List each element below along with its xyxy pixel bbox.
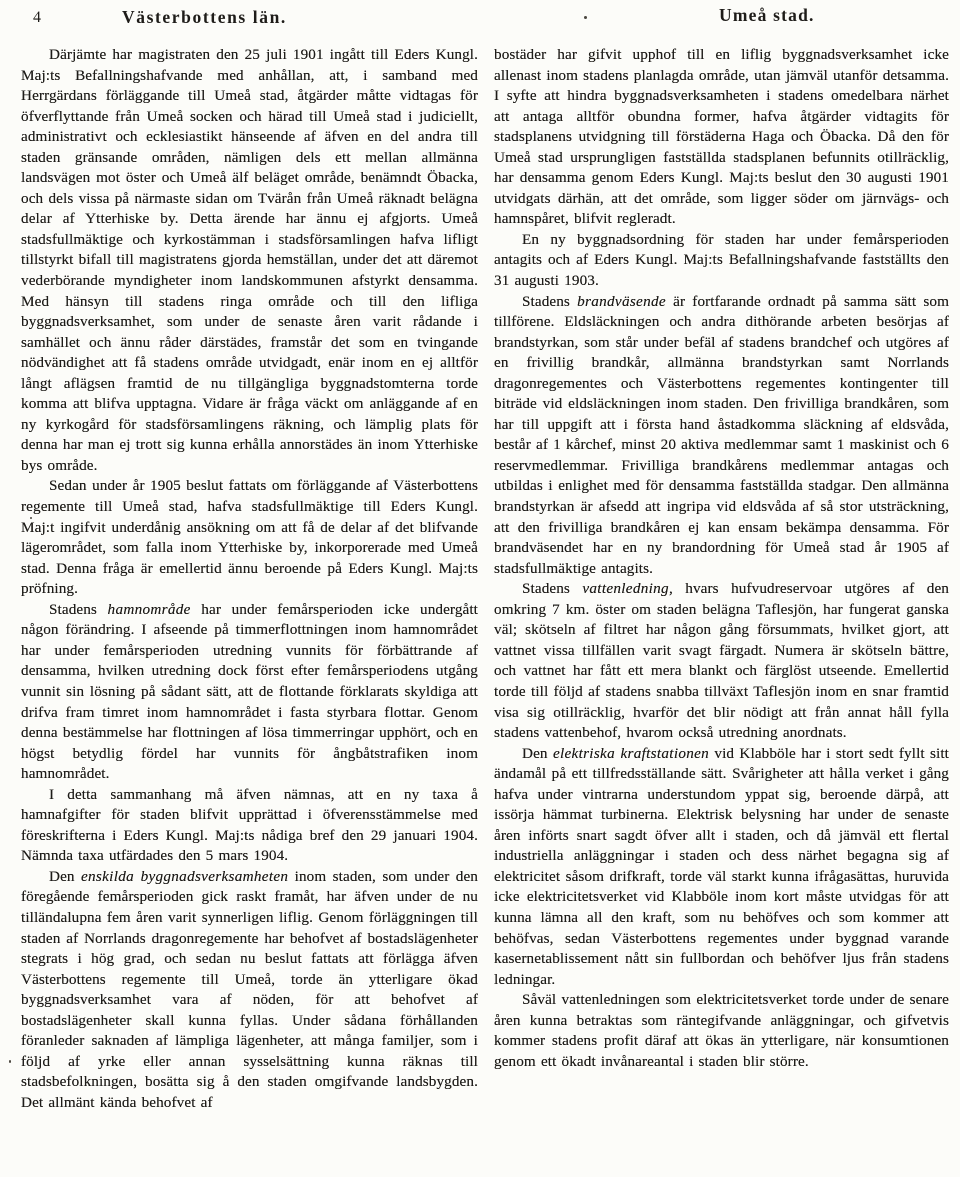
left-column: Därjämte har magistraten den 25 juli 190…	[21, 45, 478, 1113]
paragraph: Stadens brandväsende är fortfarande ordn…	[494, 292, 949, 580]
text-body: Därjämte har magistraten den 25 juli 190…	[21, 45, 949, 1113]
paragraph: Därjämte har magistraten den 25 juli 190…	[21, 45, 478, 476]
paragraph: Den elektriska kraftstationen vid Klabbö…	[494, 744, 949, 991]
scan-speck	[30, 517, 32, 519]
text-run: Såväl vattenledningen som elektricitetsv…	[494, 991, 949, 1070]
italic-phrase: brandväsende	[577, 293, 666, 310]
text-run: Stadens	[522, 293, 577, 310]
text-run: är fortfarande ordnadt på samma sätt som…	[494, 293, 949, 577]
italic-phrase: enskilda byggnadsverksamheten	[81, 868, 288, 885]
paragraph: Stadens hamnområde har under femårsperio…	[21, 600, 478, 785]
italic-phrase: vattenledning	[582, 580, 669, 597]
text-run: inom staden, som under den föregående fe…	[21, 868, 478, 1111]
page-number: 4	[33, 9, 41, 27]
scan-speck	[584, 16, 587, 19]
paragraph: bostäder har gifvit upphof till en lifli…	[494, 45, 949, 230]
paragraph: Såväl vattenledningen som elektricitetsv…	[494, 990, 949, 1072]
running-head-right: Umeå stad.	[719, 5, 815, 26]
paragraph: Den enskilda byggnadsverksamheten inom s…	[21, 867, 478, 1114]
text-run: Stadens	[49, 601, 108, 618]
text-run: Den	[49, 868, 81, 885]
right-column: bostäder har gifvit upphof till en lifli…	[494, 45, 949, 1113]
text-run: Stadens	[522, 580, 582, 597]
italic-phrase: elektriska kraftstationen	[553, 745, 709, 762]
text-run: Den	[522, 745, 553, 762]
text-run: bostäder har gifvit upphof till en lifli…	[494, 46, 949, 227]
text-run: vid Klabböle har i stort sedt fyllt sitt…	[494, 745, 949, 988]
document-page: 4 Västerbottens län. Umeå stad. Därjämte…	[0, 0, 960, 1177]
paragraph: I detta sammanhang må äfven nämnas, att …	[21, 785, 478, 867]
paragraph: Stadens vattenledning, hvars hufvudreser…	[494, 579, 949, 743]
text-run: I detta sammanhang må äfven nämnas, att …	[21, 786, 478, 865]
running-head-left: Västerbottens län.	[122, 7, 287, 28]
text-run: Sedan under år 1905 beslut fattats om fö…	[21, 477, 478, 597]
paragraph: Sedan under år 1905 beslut fattats om fö…	[21, 476, 478, 599]
text-run: Därjämte har magistraten den 25 juli 190…	[21, 46, 478, 474]
text-run: , hvars hufvudreservoar utgöres af den o…	[494, 580, 949, 741]
italic-phrase: hamnområde	[108, 601, 191, 618]
text-run: En ny byggnadsordning för staden har und…	[494, 231, 949, 289]
scan-speck	[9, 1060, 11, 1063]
text-run: har under femårsperioden icke undergått …	[21, 601, 478, 782]
paragraph: En ny byggnadsordning för staden har und…	[494, 230, 949, 292]
